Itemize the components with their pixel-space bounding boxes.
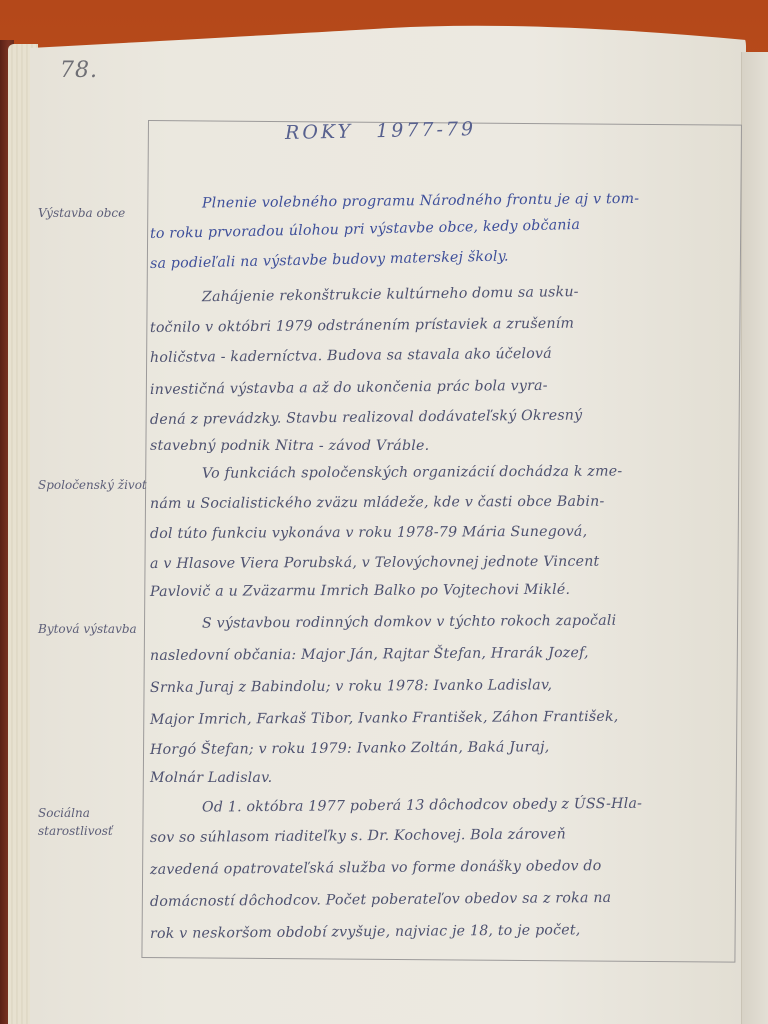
page-number: 78.: [60, 58, 98, 83]
margin-note-socialna-starostlivost: Sociálna starostlivosť: [38, 804, 128, 840]
text-line: Vo funkciách spoločenských organizácií d…: [150, 463, 768, 482]
page-heading: ROKY 1977-79: [285, 118, 477, 144]
text-line: stavebný podnik Nitra - závod Vráble.: [150, 438, 750, 454]
text-line: a v Hlasove Viera Porubská, v Telovýchov…: [150, 553, 750, 572]
margin-note-bytova-vystavba: Bytová výstavba: [38, 620, 156, 638]
text-line: nám u Socialistického zväzu mládeže, kde…: [150, 493, 750, 512]
text-line: Molnár Ladislav.: [150, 770, 750, 786]
text-line: Pavlovič a u Zväzarmu Imrich Balko po Vo…: [150, 581, 750, 600]
margin-note-vystavba-obce: Výstavba obce: [38, 204, 148, 222]
margin-note-spolocensky-zivot: Spoločenský život: [38, 476, 148, 494]
text-line: dol túto funkciu vykonáva v roku 1978-79…: [150, 523, 750, 542]
